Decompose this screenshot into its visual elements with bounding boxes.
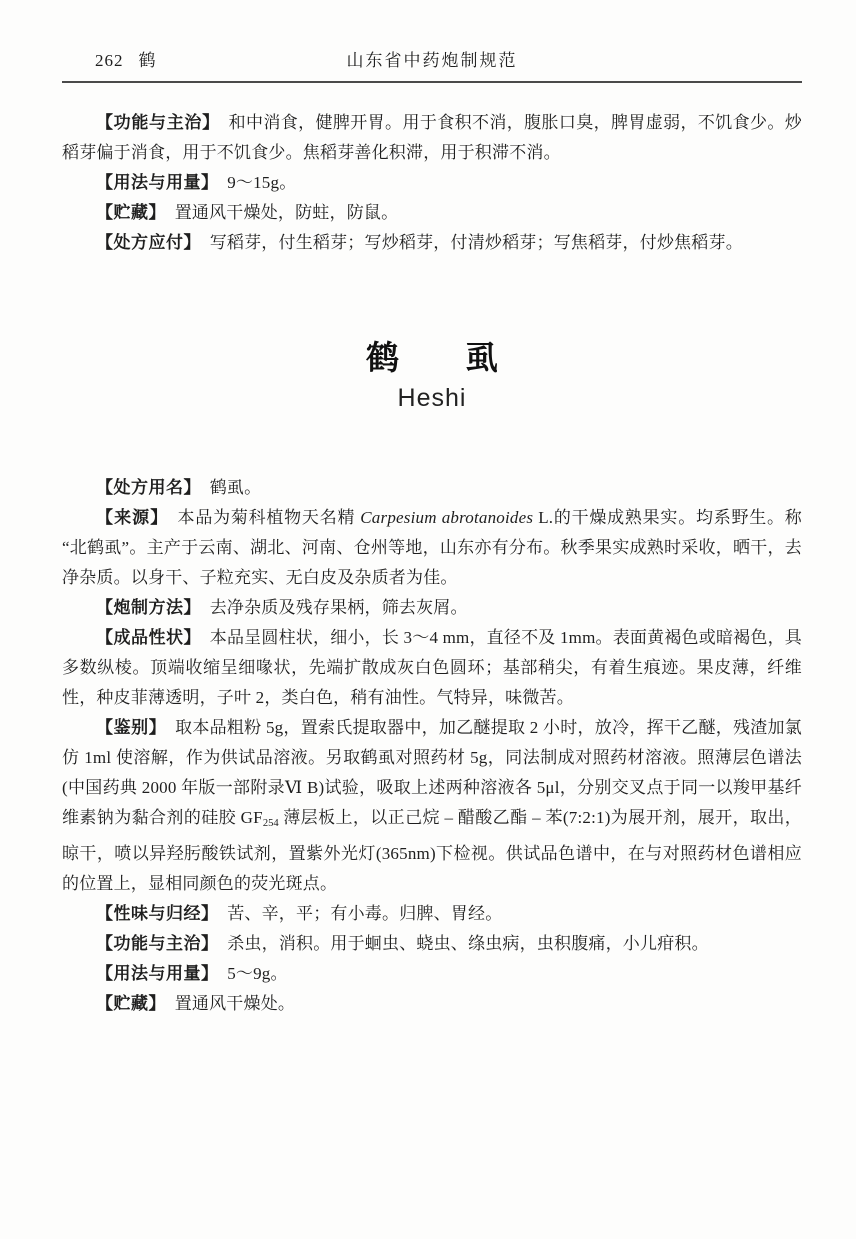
text-run: 置通风干燥处，防蛀，防鼠。 [158, 203, 399, 222]
section-label: 【成品性状】 [96, 628, 193, 647]
paragraph: 【处方应付】 写稻芽，付生稻芽；写炒稻芽，付清炒稻芽；写焦稻芽，付炒焦稻芽。 [62, 228, 802, 258]
previous-entry-section: 【功能与主治】 和中消食，健脾开胃。用于食积不消，腹胀口臭，脾胃虚弱，不饥食少。… [62, 108, 802, 258]
section-label: 【用法与用量】 [96, 964, 210, 983]
section-label: 【用法与用量】 [96, 173, 210, 192]
paragraph: 【贮藏】 置通风干燥处。 [62, 989, 802, 1019]
paragraph: 【贮藏】 置通风干燥处，防蛀，防鼠。 [62, 198, 802, 228]
entry-pinyin: Heshi [62, 384, 802, 413]
header-left: 262 鹤 [95, 48, 157, 74]
section-label: 【来源】 [96, 508, 160, 527]
text-run: 9～15g。 [210, 173, 296, 192]
text-run: Carpesium abrotanoides [360, 508, 533, 527]
section-label: 【处方用名】 [96, 478, 193, 497]
entry-section: 【处方用名】 鹤虱。【来源】 本品为菊科植物天名精 Carpesium abro… [62, 473, 802, 1019]
paragraph: 【炮制方法】 去净杂质及残存果柄，筛去灰屑。 [62, 593, 802, 623]
paragraph: 【用法与用量】 9～15g。 [62, 168, 802, 198]
text-run: 苦、辛，平；有小毒。归脾、胃经。 [210, 904, 502, 923]
section-label: 【性味与归经】 [96, 904, 210, 923]
book-title: 山东省中药炮制规范 [62, 48, 802, 74]
paragraph: 【处方用名】 鹤虱。 [62, 473, 802, 503]
page-header: 262 鹤 山东省中药炮制规范 [62, 48, 802, 74]
text-run: 写稻芽，付生稻芽；写炒稻芽，付清炒稻芽；写焦稻芽，付炒焦稻芽。 [193, 233, 743, 252]
section-index-char: 鹤 [139, 48, 157, 74]
section-label: 【炮制方法】 [96, 598, 193, 617]
text-run: 杀虫，消积。用于蛔虫、蛲虫、绦虫病，虫积腹痛，小儿疳积。 [210, 934, 709, 953]
paragraph: 【成品性状】 本品呈圆柱状，细小，长 3～4 mm，直径不及 1mm。表面黄褐色… [62, 623, 802, 713]
section-label: 【功能与主治】 [96, 113, 211, 132]
paragraph: 【功能与主治】 和中消食，健脾开胃。用于食积不消，腹胀口臭，脾胃虚弱，不饥食少。… [62, 108, 802, 168]
text-run: 5～9g。 [210, 964, 288, 983]
text-run: 去净杂质及残存果柄，筛去灰屑。 [193, 598, 468, 617]
paragraph: 【性味与归经】 苦、辛，平；有小毒。归脾、胃经。 [62, 899, 802, 929]
text-run: 254 [263, 818, 279, 829]
paragraph: 【用法与用量】 5～9g。 [62, 959, 802, 989]
text-run: 置通风干燥处。 [158, 994, 296, 1013]
paragraph: 【来源】 本品为菊科植物天名精 Carpesium abrotanoides L… [62, 503, 802, 593]
header-rule [62, 81, 802, 83]
text-run: 本品为菊科植物天名精 [160, 508, 360, 527]
entry-title: 鹤 虱 [62, 332, 802, 379]
section-label: 【贮藏】 [96, 203, 158, 222]
text-run: 鹤虱。 [193, 478, 262, 497]
section-label: 【鉴别】 [96, 718, 158, 737]
page-number: 262 [95, 48, 124, 74]
section-label: 【处方应付】 [96, 233, 193, 252]
paragraph: 【鉴别】 取本品粗粉 5g，置索氏提取器中，加乙醚提取 2 小时，放冷，挥干乙醚… [62, 713, 802, 899]
paragraph: 【功能与主治】 杀虫，消积。用于蛔虫、蛲虫、绦虫病，虫积腹痛，小儿疳积。 [62, 929, 802, 959]
section-label: 【功能与主治】 [96, 934, 210, 953]
book-page: 262 鹤 山东省中药炮制规范 【功能与主治】 和中消食，健脾开胃。用于食积不消… [0, 0, 856, 1239]
section-label: 【贮藏】 [96, 994, 158, 1013]
